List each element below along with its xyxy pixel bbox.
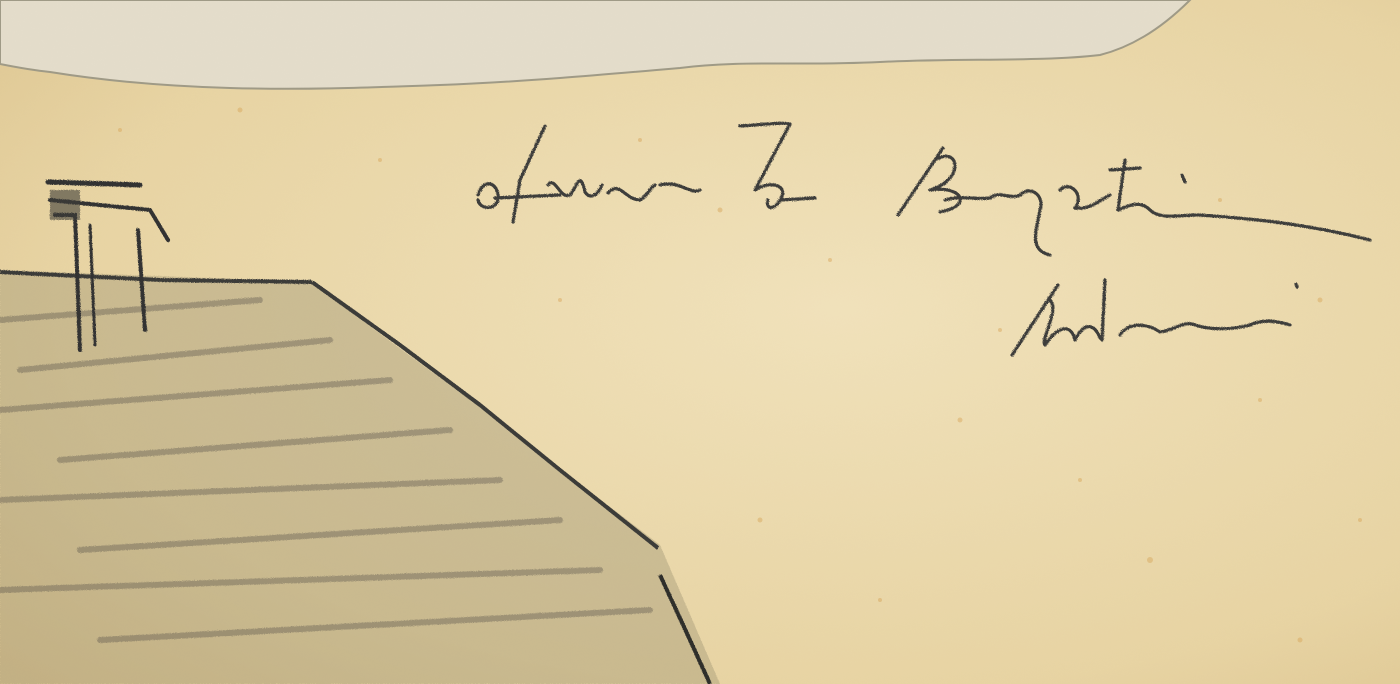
pencil-sketch-artwork: Aus...z Bergstein Matvei: [0, 0, 1400, 684]
inscription-line-1: Aus...z Bergstein: [475, 130, 991, 200]
inscription-line-2: Matvei: [1010, 280, 1206, 345]
